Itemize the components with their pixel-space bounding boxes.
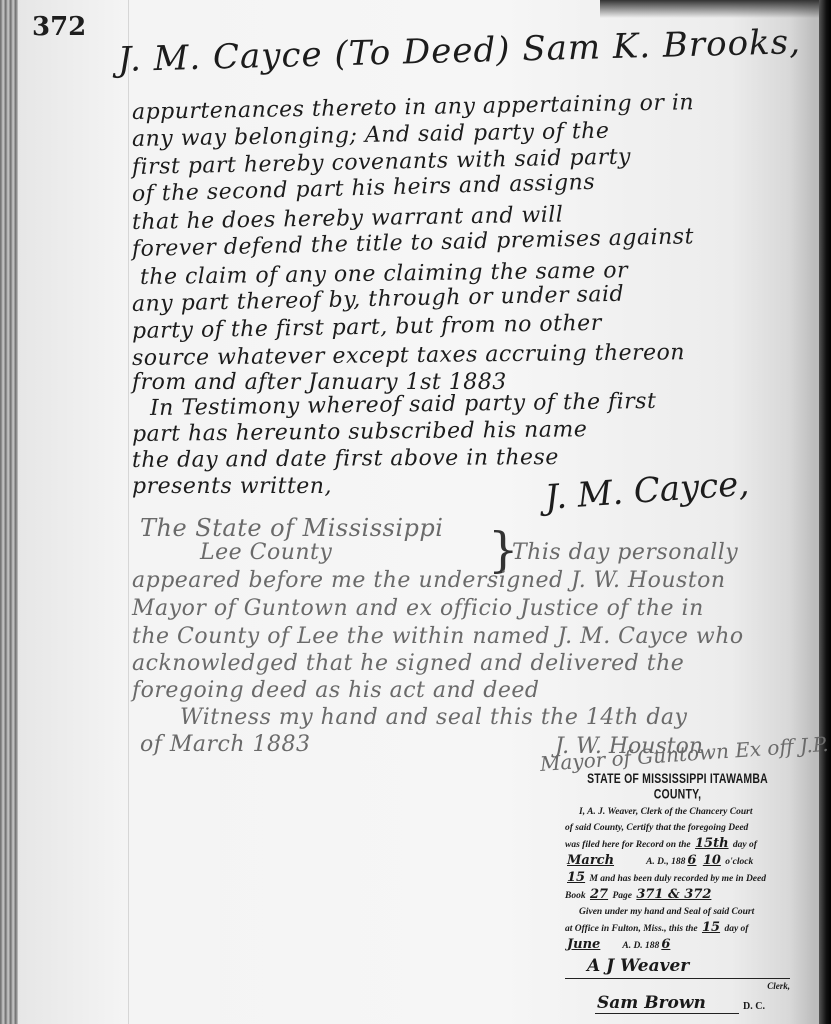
ad-label: A. D., 188 (646, 857, 685, 867)
venue-state: The State of Mississippi (140, 514, 443, 542)
body-line: presents written, (132, 474, 332, 499)
ack-line: Witness my hand and seal this the 14th d… (180, 705, 687, 730)
book-number: 27 (588, 887, 610, 902)
clerk-signature: A J Weaver (585, 956, 691, 976)
clerk-certificate-stamp: STATE OF MISSISSIPPI ITAWAMBA COUNTY, I,… (565, 775, 790, 1015)
venue-county: Lee County (200, 540, 332, 565)
recorded-text: M and has been duly recorded by me in De… (589, 874, 766, 884)
body-line: source whatever except taxes accruing th… (132, 340, 685, 371)
given-month: June (565, 937, 620, 952)
book-label: Book (565, 891, 586, 901)
page-label: Page (612, 891, 632, 901)
minutes: 15 (565, 870, 587, 885)
filed-day: 15th (693, 836, 731, 851)
certificate-line: at Office in Fulton, Miss., this the 15 … (565, 920, 790, 937)
page-right-edge (819, 0, 831, 1024)
ack-line: acknowledged that he signed and delivere… (132, 651, 684, 676)
certificate-line: June A. D. 1886 (565, 937, 790, 954)
given-day: 15 (700, 920, 722, 935)
document-page: 372 J. M. Cayce (To Deed) Sam K. Brooks,… (0, 0, 831, 1024)
certificate-line: of said County, Certify that the foregoi… (565, 820, 790, 836)
page-range: 371 & 372 (634, 887, 713, 902)
certificate-title: STATE OF MISSISSIPPI ITAWAMBA COUNTY, (565, 771, 790, 802)
deputy-signature-line: Sam Brown D. C. (565, 993, 790, 1015)
office-prefix: at Office in Fulton, Miss., this the (565, 924, 698, 934)
grantor-signature: J. M. Cayce, (544, 464, 751, 518)
book-binding-edge (0, 0, 18, 1024)
certificate-line: March A. D., 1886 10 o'clock (565, 853, 790, 870)
oclock-hour: 10 (701, 853, 723, 868)
ack-line: foregoing deed as his act and deed (132, 678, 539, 703)
certificate-line: Given under my hand and Seal of said Cou… (565, 904, 790, 920)
deputy-label: D. C. (743, 1001, 765, 1012)
certificate-line: 15 M and has been duly recorded by me in… (565, 870, 790, 887)
ack-line: appeared before me the undersigned J. W.… (132, 568, 726, 593)
given-year-digit: 6 (659, 937, 672, 952)
certificate-line: I, A. J. Weaver, Clerk of the Chancery C… (565, 804, 790, 820)
oclock-label: o'clock (725, 857, 753, 867)
body-line: part has hereunto subscribed his name (132, 417, 588, 447)
given-ad-label: A. D. 188 (622, 941, 659, 951)
filed-month: March (565, 853, 644, 868)
filed-year-digit: 6 (685, 853, 698, 868)
deputy-signature: Sam Brown (595, 993, 739, 1014)
ack-line: of March 1883 (140, 732, 311, 757)
body-line: the day and date first above in these (132, 445, 559, 473)
certificate-line: Book 27 Page 371 & 372 (565, 887, 790, 904)
filed-prefix: was filed here for Record on the (565, 840, 691, 850)
filed-day-suffix: day of (733, 840, 757, 850)
deed-heading: J. M. Cayce (To Deed) Sam K. Brooks, (117, 22, 801, 80)
ack-line: This day personally (512, 540, 738, 565)
body-line: appurtenances thereto in any appertainin… (132, 90, 695, 125)
page-number: 372 (32, 12, 86, 42)
clerk-label: Clerk, (767, 981, 790, 991)
ack-line: the County of Lee the within named J. M.… (132, 624, 744, 649)
page-shadow (600, 0, 831, 18)
certificate-line: was filed here for Record on the 15th da… (565, 836, 790, 853)
ack-line: Mayor of Guntown and ex officio Justice … (132, 596, 704, 621)
body-line: party of the first part, but from no oth… (132, 311, 602, 344)
given-day-suffix: day of (724, 924, 748, 934)
margin-rule (128, 0, 129, 1024)
clerk-signature-line: A J Weaver Clerk, (565, 956, 790, 979)
